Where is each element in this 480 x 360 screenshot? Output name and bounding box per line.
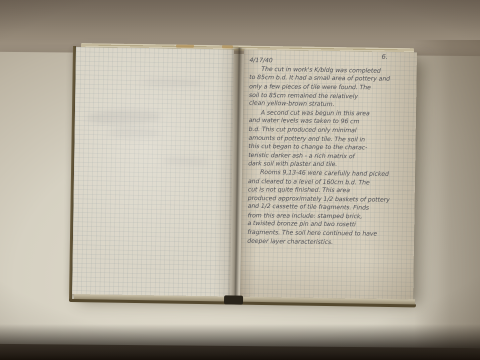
ink-smudge	[109, 128, 161, 139]
handwriting-line: A second cut was begun in this area	[249, 109, 407, 119]
handwriting-line: from this area include: stamped brick,	[248, 212, 406, 222]
page-edge-stain	[176, 45, 194, 48]
right-page: 6. 4/17/40 The cut in work's K/bldg was …	[240, 50, 417, 300]
ink-smudge	[162, 156, 210, 166]
handwriting-block: 4/17/40 The cut in work's K/bldg was com…	[247, 57, 407, 248]
handwriting-line: cut is not quite finished. This area	[248, 186, 406, 196]
ink-smudge	[87, 109, 161, 125]
notebook-photo: 6. 4/17/40 The cut in work's K/bldg was …	[0, 0, 480, 360]
handwriting-lines: The cut in work's K/bldg was completedto…	[247, 66, 407, 248]
handwriting-line: deeper layer characteristics.	[247, 237, 405, 248]
handwriting-line: only a few pieces of tile were found. Th…	[249, 83, 407, 93]
binding-notch	[224, 295, 243, 304]
left-page	[72, 47, 234, 296]
notebook: 6. 4/17/40 The cut in work's K/bldg was …	[72, 47, 417, 299]
handwriting-line: amounts of pottery and tile. The soil in	[248, 134, 406, 145]
ink-smudge	[141, 78, 203, 87]
